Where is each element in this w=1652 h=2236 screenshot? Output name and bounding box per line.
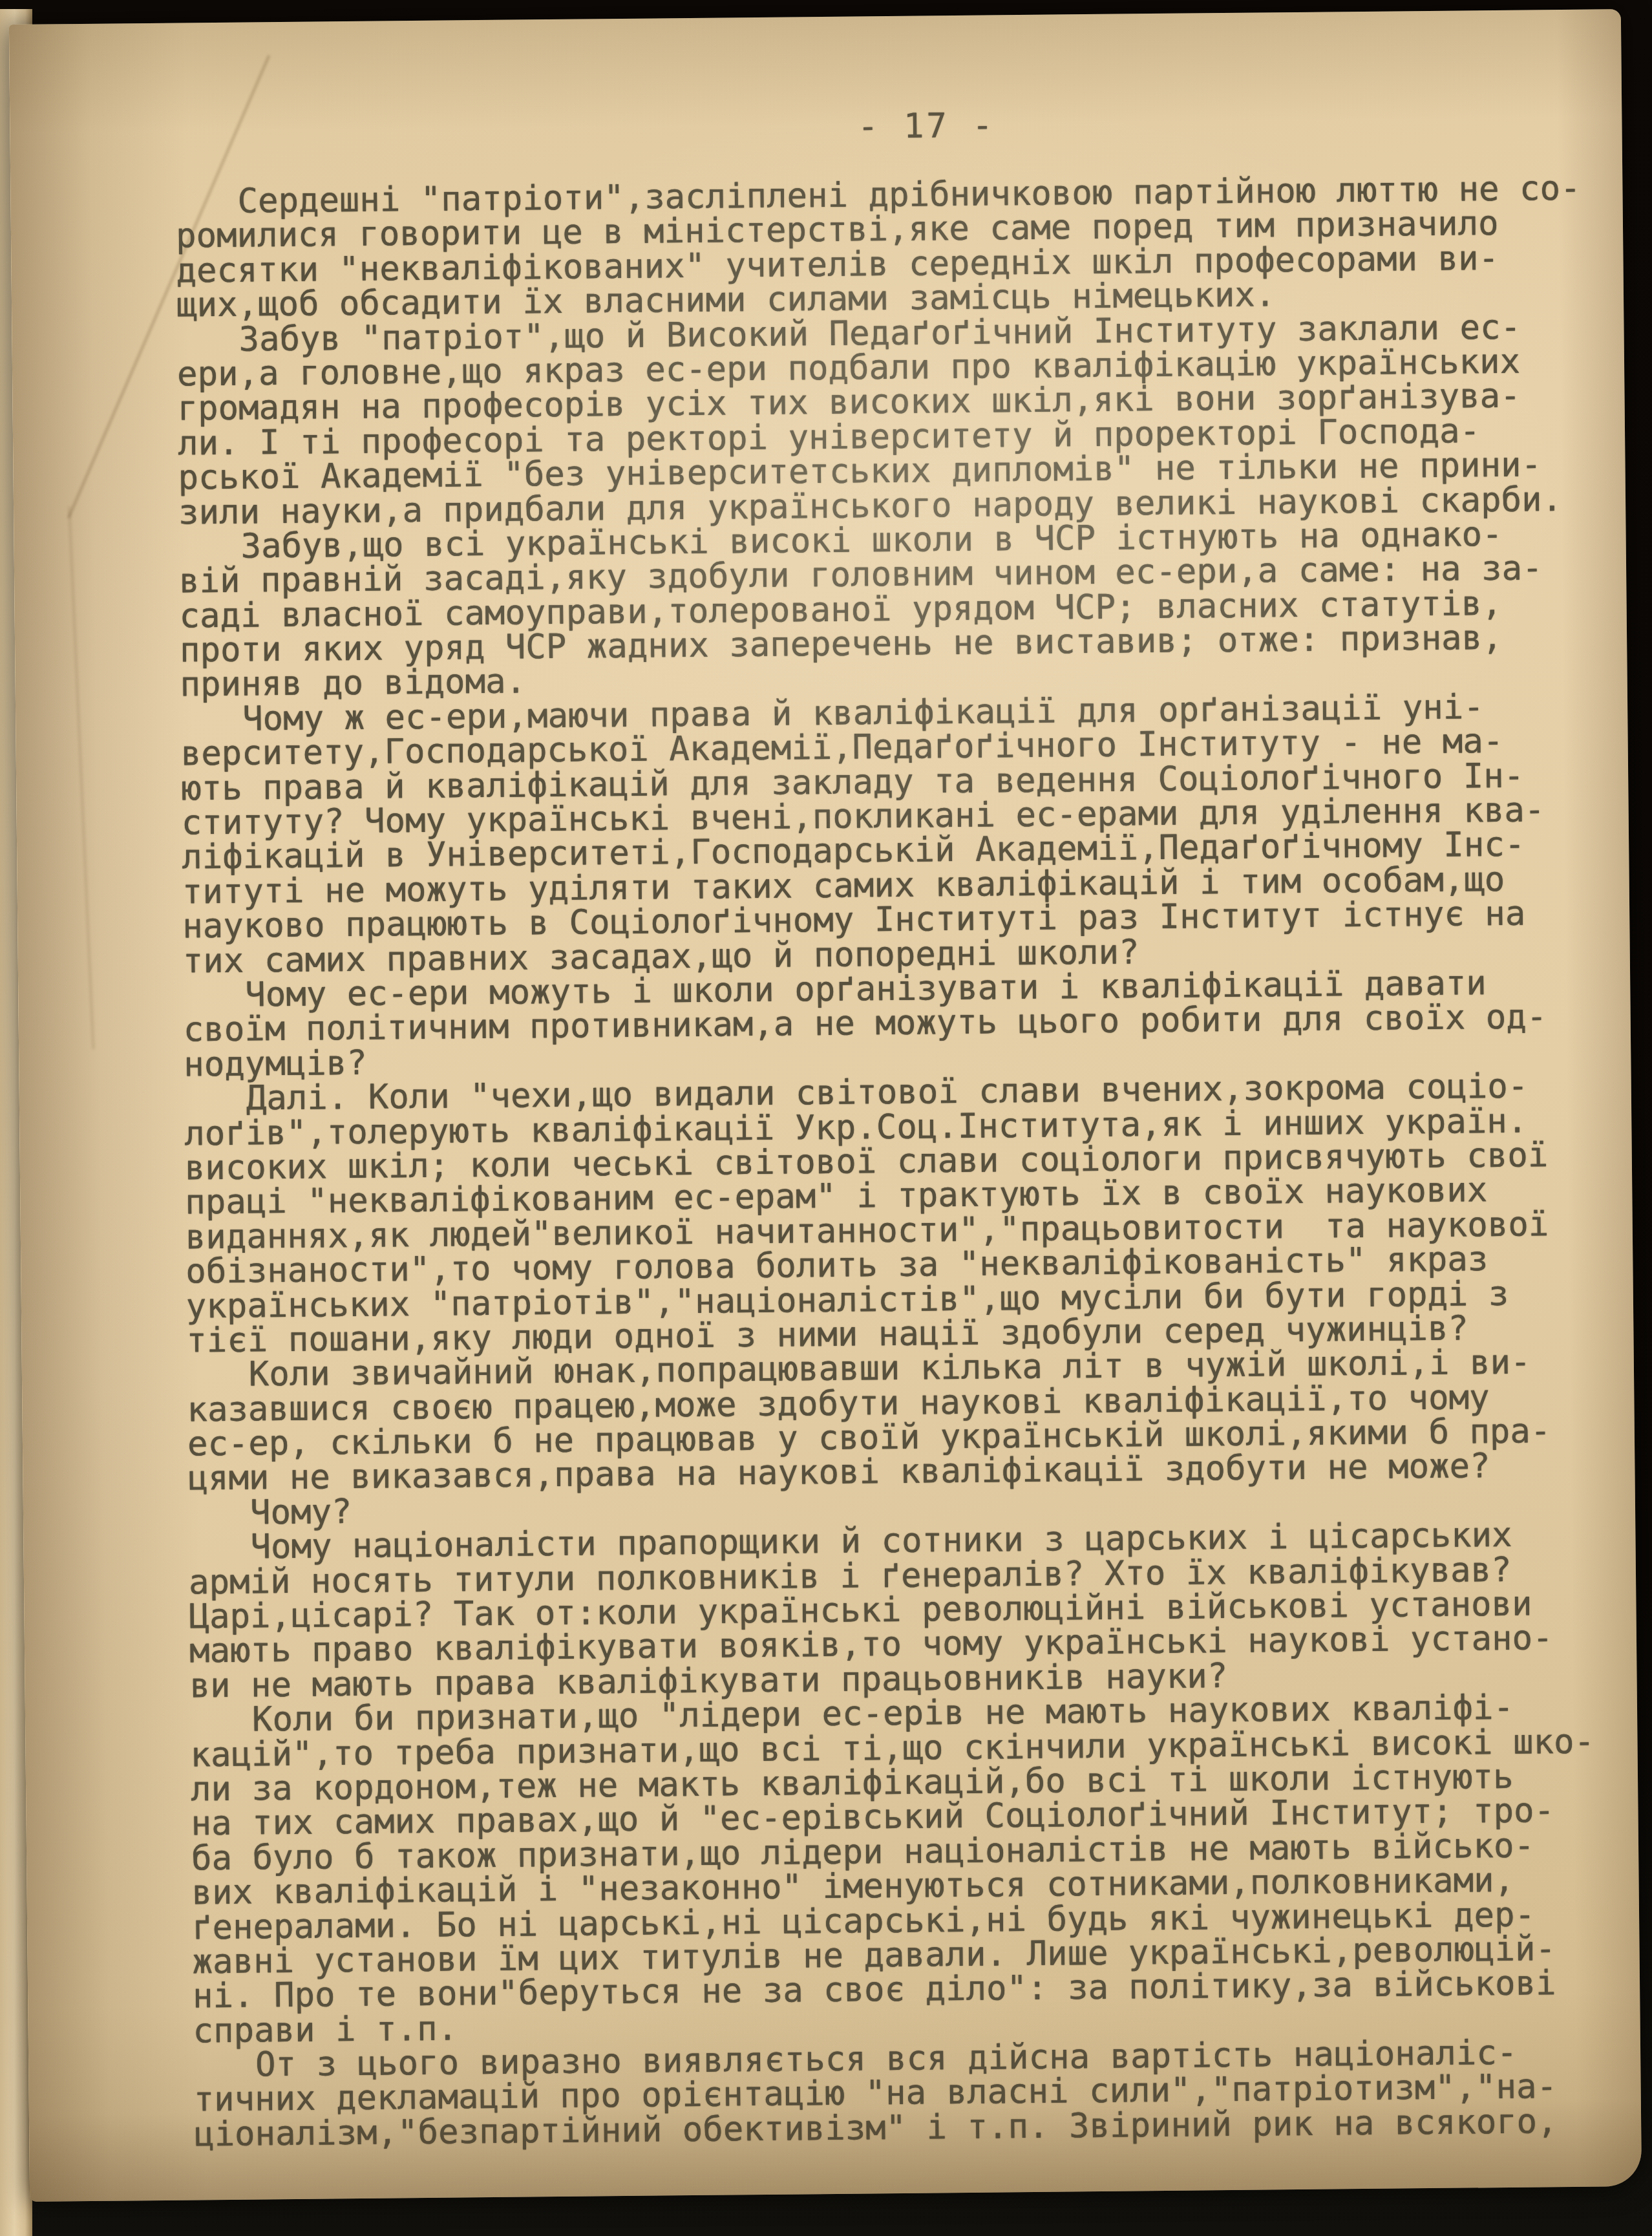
paper-crease	[69, 507, 94, 1049]
page-number: - 17 -	[257, 100, 1595, 152]
page-text: Сердешні "патріоти",засліплені дрібничко…	[175, 171, 1603, 2152]
scanned-book-photo: - 17 - Сердешні "патріоти",засліплені др…	[0, 0, 1652, 2236]
scanned-page: - 17 - Сердешні "патріоти",засліплені др…	[9, 9, 1642, 2202]
